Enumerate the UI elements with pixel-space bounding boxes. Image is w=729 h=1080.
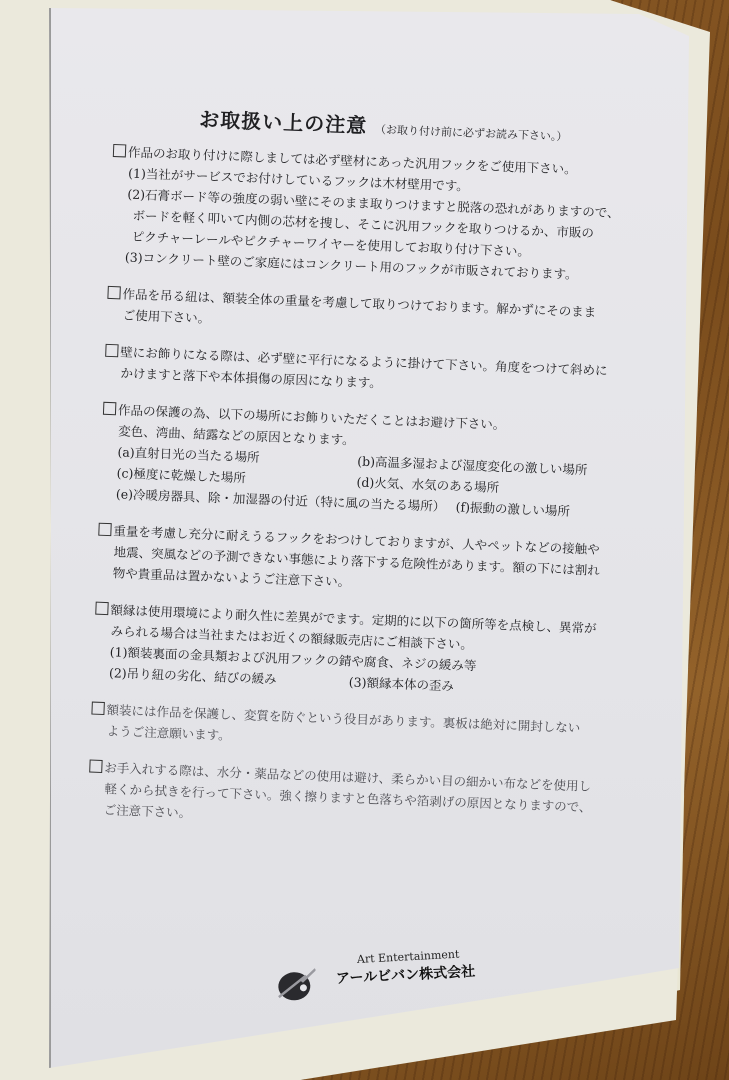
section-frame-inspection: 額縁は使用環境により耐久性に差異がでます。定期的に以下の箇所等を点検し、異常が … [93, 599, 606, 703]
checkbox-square-icon [95, 602, 108, 615]
section-hanging-string: 作品を吊る紐は、額装全体の重量を考慮して取りつけております。解かずにそのまま ご… [106, 283, 617, 345]
checkbox-square-icon [89, 760, 102, 773]
checkbox-square-icon [103, 402, 116, 415]
checkbox-square-icon [91, 702, 104, 715]
section-avoid-locations: 作品の保護の為、以下の場所にお飾りいただくことはお避け下さい。 変色、湾曲、結露… [99, 399, 613, 524]
page-subtitle: （お取り付け前に必ずお読み下さい。） [375, 121, 568, 144]
company-logo: Art Entertainment アールビバン株式会社 [275, 945, 478, 1011]
section-hook-installation: 作品のお取り付けに際しましては必ず壁材にあった汎用フックをご使用下さい。 (1)… [109, 141, 623, 286]
list-item: (3)額縁本体の歪み [348, 671, 454, 696]
checkbox-square-icon [113, 144, 126, 157]
notice-content: お取扱い上の注意 （お取り付け前に必ずお読み下さい。） 作品のお取り付けに際しま… [87, 100, 625, 855]
section-backboard: 額装には作品を保護し、変質を防ぐという役目があります。裏板は絶対に開封しない よ… [90, 699, 601, 761]
checkbox-square-icon [98, 523, 111, 536]
section-cleaning: お手入れする際は、水分・薬品などの使用は避け、柔らかい目の細かい布などを使用し … [87, 757, 599, 840]
section-hang-parallel: 壁にお飾りになる際は、必ず壁に平行になるように掛けて下さい。角度をつけて斜めに … [104, 341, 615, 403]
place-item: (f)振動の激しい場所 [455, 496, 570, 521]
checkbox-square-icon [105, 344, 118, 357]
page-title: お取扱い上の注意 [199, 103, 368, 138]
palette-logo-icon [275, 965, 317, 1003]
checkbox-square-icon [107, 286, 120, 299]
section-falling-risk: 重量を考慮し充分に耐えうるフックをおつけしておりますが、人やペットなどの接触や … [96, 520, 608, 603]
